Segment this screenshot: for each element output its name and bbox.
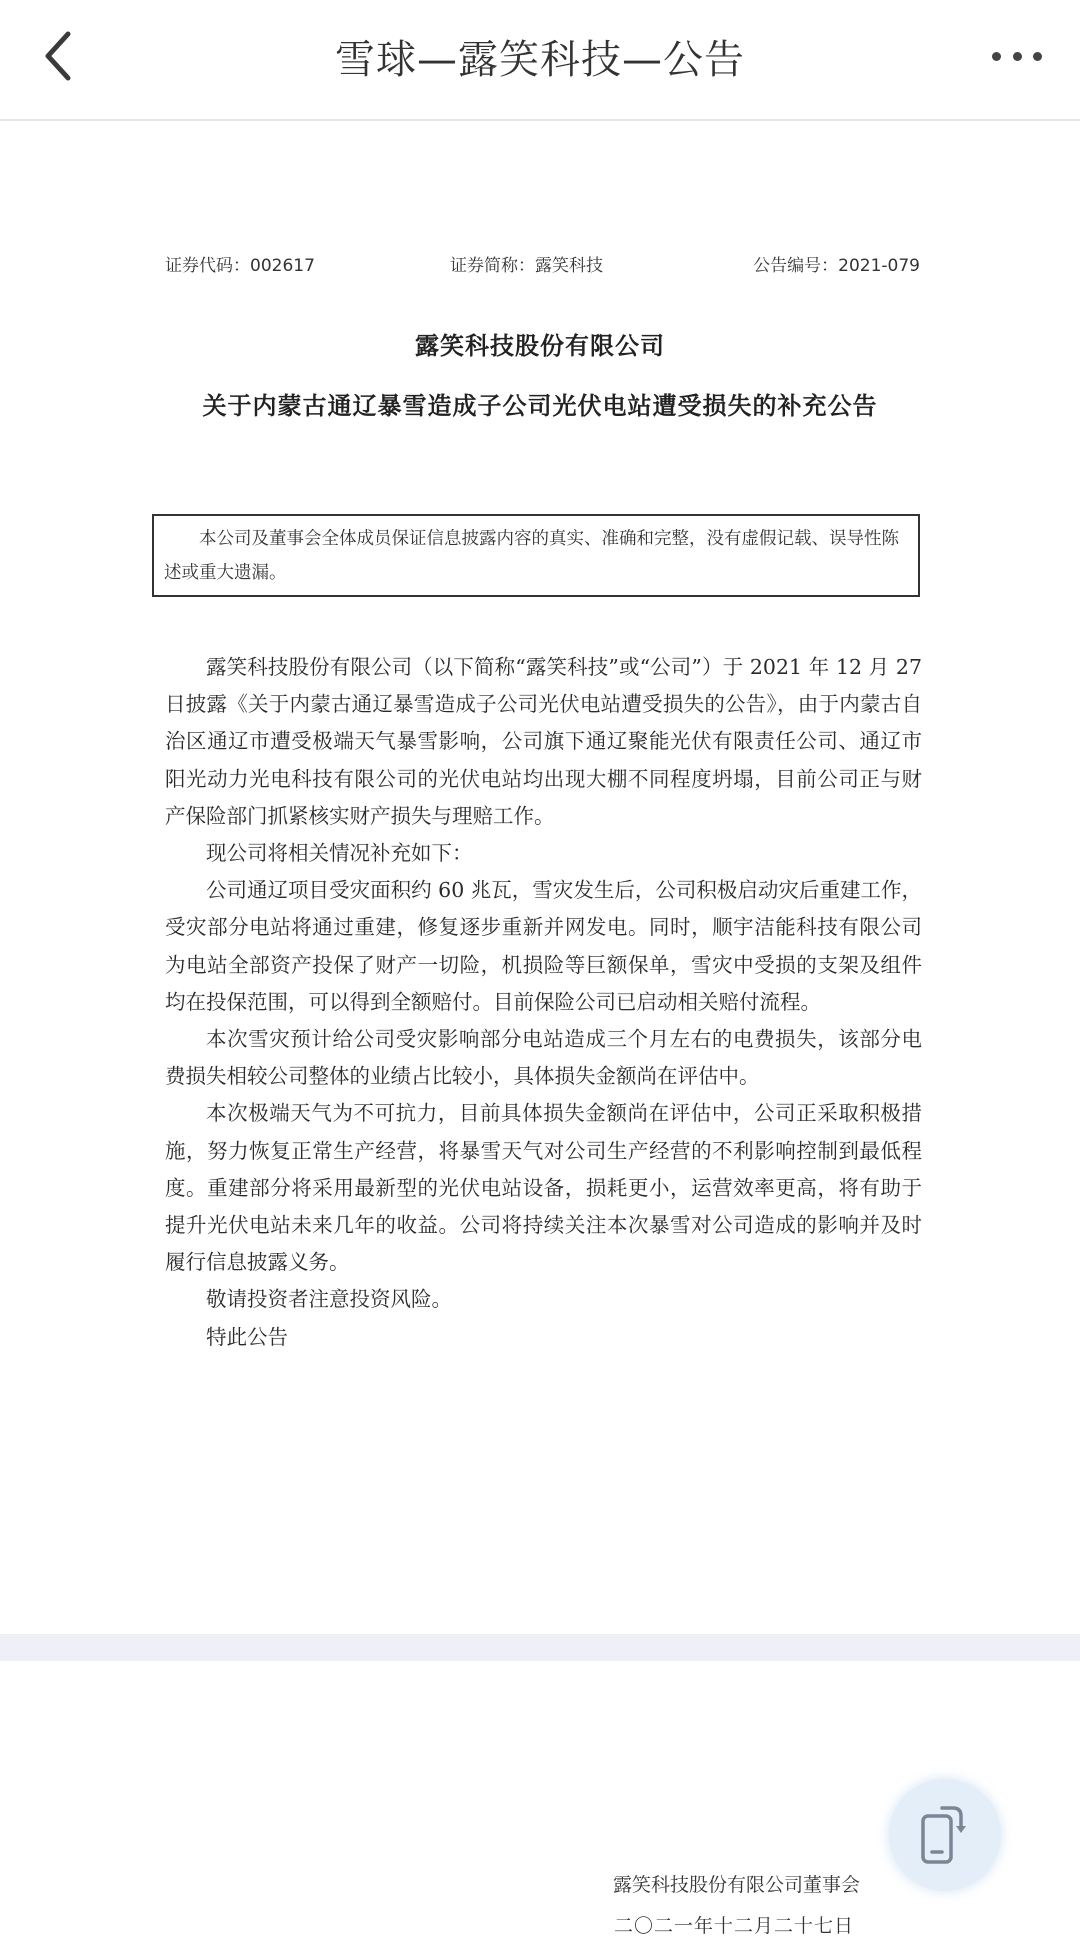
body-paragraph: 特此公告 [165, 1319, 922, 1356]
announcement-body: 露笑科技股份有限公司（以下简称“露笑科技”或“公司”）于 2021 年 12 月… [165, 649, 922, 1356]
rotate-screen-icon [917, 1802, 973, 1868]
announcement-number: 公告编号：2021-079 [753, 251, 920, 276]
signature-board: 露笑科技股份有限公司董事会 [613, 1870, 860, 1897]
more-options-button[interactable] [992, 44, 1042, 68]
body-paragraph: 本次极端天气为不可抗力，目前具体损失金额尚在评估中，公司正采取积极措施，努力恢复… [165, 1095, 922, 1281]
security-short-name: 证券简称：露笑科技 [450, 251, 603, 276]
more-horizontal-icon [1033, 52, 1042, 61]
announcement-title: 关于内蒙古通辽暴雪造成子公司光伏电站遭受损失的补充公告 [0, 386, 1080, 421]
more-horizontal-icon [992, 52, 1001, 61]
document-meta-row: 证券代码：002617 证券简称：露笑科技 公告编号：2021-079 [165, 251, 920, 281]
body-paragraph: 现公司将相关情况补充如下： [165, 835, 922, 872]
more-horizontal-icon [1013, 52, 1022, 61]
body-paragraph: 敬请投资者注意投资风险。 [165, 1281, 922, 1318]
security-code: 证券代码：002617 [165, 251, 315, 276]
body-paragraph: 本次雪灾预计给公司受灾影响部分电站造成三个月左右的电费损失，该部分电费损失相较公… [165, 1021, 922, 1095]
top-nav-bar: 雪球—露笑科技—公告 [0, 0, 1080, 121]
disclosure-notice-text: 本公司及董事会全体成员保证信息披露内容的真实、准确和完整，没有虚假记载、误导性陈… [164, 522, 908, 590]
page-divider [0, 1634, 1080, 1661]
company-name-heading: 露笑科技股份有限公司 [0, 326, 1080, 361]
disclosure-notice-box: 本公司及董事会全体成员保证信息披露内容的真实、准确和完整，没有虚假记载、误导性陈… [152, 514, 920, 597]
page-title: 雪球—露笑科技—公告 [0, 28, 1080, 85]
signature-date: 二〇二一年十二月二十七日 [614, 1911, 854, 1938]
body-paragraph: 公司通辽项目受灾面积约 60 兆瓦，雪灾发生后，公司积极启动灾后重建工作，受灾部… [165, 872, 922, 1021]
rotate-screen-button[interactable] [889, 1779, 1001, 1891]
document-page-1: 证券代码：002617 证券简称：露笑科技 公告编号：2021-079 露笑科技… [0, 123, 1080, 1635]
body-paragraph: 露笑科技股份有限公司（以下简称“露笑科技”或“公司”）于 2021 年 12 月… [165, 649, 922, 835]
